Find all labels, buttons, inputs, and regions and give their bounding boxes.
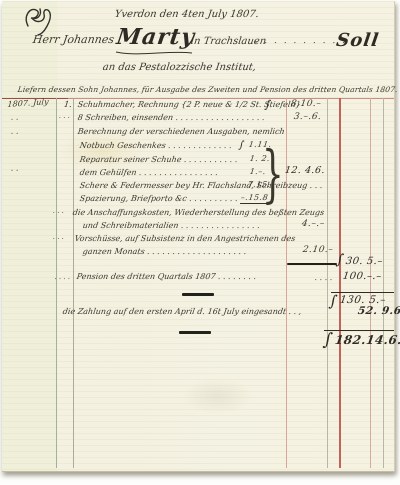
sum-flourish: ∫	[322, 331, 333, 350]
group-amount-value: 12. 4.6.	[284, 166, 326, 176]
money-rule-red-3	[370, 98, 371, 468]
margin-rule-left-2	[73, 98, 74, 468]
ledger-row-text: Reparatur seiner Schuhe . . . . . . . . …	[79, 156, 238, 165]
addressee-prefix: Herr Johannes	[32, 34, 115, 46]
flourish-mark: ∫	[238, 140, 245, 151]
item-col-dots: . . . .	[54, 274, 71, 282]
amount-value: 2.10.–	[302, 246, 334, 256]
ledger-row-text: ganzen Monats . . . . . . . . . . . . . …	[82, 248, 247, 257]
money-rule-grey-1	[327, 98, 328, 468]
carry-stroke	[287, 263, 337, 265]
subtotal-value: 30. 5.–	[345, 256, 384, 267]
ledger-row-text: Notbuch Geschenkes . . . . . . . . . . .…	[79, 142, 232, 151]
name-underline-flourish	[114, 49, 194, 57]
addressee-name: Marty	[115, 25, 197, 49]
subject-line: an das Pestalozzische Institut,	[102, 62, 257, 73]
dateline: Yverdon den 4ten July 1807.	[114, 9, 259, 20]
ledger-row-text: Berechnung der verschiedenen Ausgaben, n…	[77, 128, 285, 137]
money-rule-grey-2	[383, 98, 384, 468]
ledger-row-text: Pension des dritten Quartals 1807 . . . …	[76, 273, 257, 282]
pension-amount-value: 100.–.–	[342, 271, 382, 282]
ledger-row-text: Schere & Federmesser bey Hr. Flachsland,…	[79, 182, 323, 191]
item-col-dots: · · ·	[52, 210, 64, 218]
sum-flourish: ∫	[328, 293, 338, 310]
ledger-row-text: 8 Schreiben, einsenden . . . . . . . . .…	[77, 114, 265, 123]
amount-value: 8.10.–	[290, 100, 322, 110]
item-col-dots: · · ·	[52, 236, 64, 244]
total-rule	[324, 330, 394, 331]
date-col-dots-1: · ·	[10, 116, 19, 125]
money-rule-red-2	[339, 98, 341, 468]
date-col-dots-3: · ·	[10, 167, 19, 176]
remit-amount-value: 52. 9.6.	[357, 306, 400, 318]
date-col-dots-2: · ·	[10, 130, 19, 139]
group-brace: }	[262, 137, 284, 210]
leader-dots: . . . . . . . . . .	[254, 37, 348, 47]
balance-tick-1	[182, 293, 214, 296]
ledger-row-text: Vorschüsse, auf Subsistenz in den Angest…	[74, 235, 296, 244]
date-entry: 1807. July	[7, 98, 49, 110]
ledger-row-text: die Anschaffungskosten, Wiederherstellun…	[72, 209, 325, 218]
item-col-dots: · · ·	[58, 115, 70, 123]
amount-value: 3.–.6.	[293, 113, 322, 123]
ledger-row-text: die Zahlung auf den ersten April d. 16t …	[62, 308, 302, 317]
subtotal-rule-1	[331, 292, 394, 293]
amount-value: 4.–.–	[301, 220, 325, 230]
ledger-row-text: Spazierung, Briefporto &c . . . . . . . …	[79, 195, 238, 204]
sum-flourish: ∫	[335, 253, 344, 268]
item-number: 1.	[63, 101, 72, 110]
ledger-row-text: dem Gehülfen . . . . . . . . . . . . . .…	[79, 169, 218, 178]
total-value: 182.14.6.	[334, 334, 400, 347]
paper-sheet: Yverdon den 4ten July 1807. Herr Johanne…	[2, 1, 395, 472]
margin-rule-left-1	[56, 98, 57, 468]
balance-tick-2	[179, 331, 211, 334]
money-rule-red-1	[286, 98, 287, 468]
scanned-ledger-page: Yverdon den 4ten July 1807. Herr Johanne…	[0, 0, 400, 485]
caption-line: Liefern dessen Sohn Johannes, für Ausgab…	[17, 86, 398, 94]
pension-leader-dots: . . . .	[314, 274, 333, 283]
ledger-row-text: und Schreibmaterialien . . . . . . . . .…	[82, 222, 260, 231]
debit-label: Soll	[335, 31, 380, 51]
